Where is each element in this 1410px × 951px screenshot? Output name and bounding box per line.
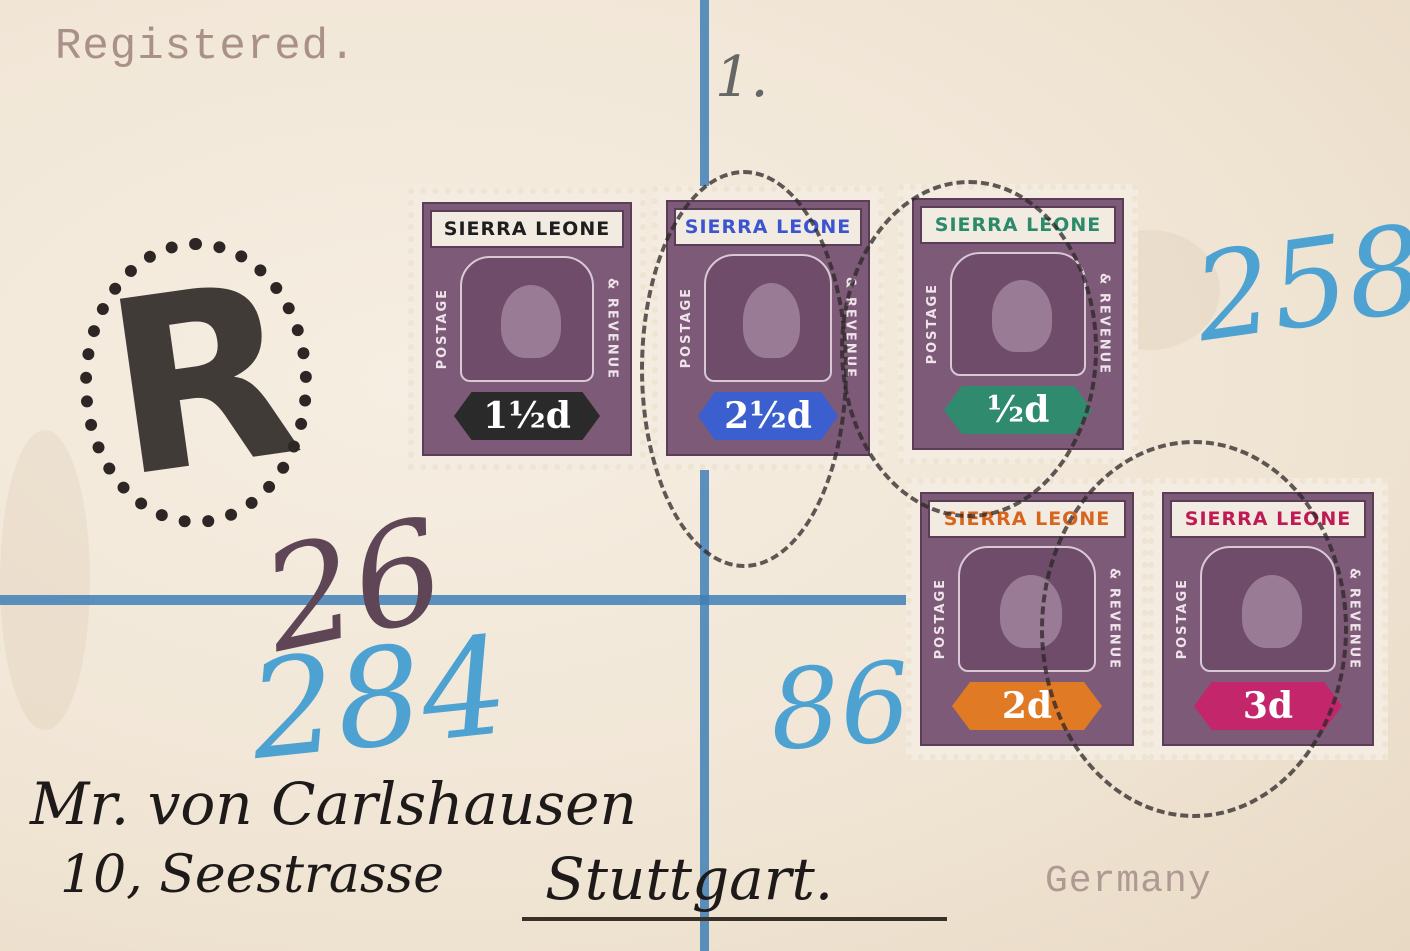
registration-letter: R (91, 229, 313, 532)
postmark (840, 180, 1098, 518)
pencil-mark-top: 1. (715, 45, 768, 110)
address-street: 10, Seestrasse (60, 845, 444, 905)
stamp-postage-label: POSTAGE (430, 264, 454, 394)
registered-handstamp: Registered. (55, 22, 356, 72)
pencil-number-right: 258 (1186, 200, 1410, 370)
stamp-value: 1½d (454, 392, 600, 440)
stamp-frame: SIERRA LEONEPOSTAGE& REVENUE1½d (422, 202, 632, 456)
address-recipient: Mr. von Carlshausen (30, 770, 637, 838)
king-portrait (460, 256, 594, 382)
city-underline (522, 917, 947, 921)
registration-blue-line-horizontal (0, 595, 915, 605)
envelope-cover: Registered. Germany R 1. 258 26 284 862 … (0, 0, 1410, 951)
postmark (1040, 440, 1348, 818)
postmark (640, 170, 848, 568)
paper-stain (0, 430, 90, 730)
stamp-revenue-label: & REVENUE (600, 264, 624, 394)
stamp-postage-label: POSTAGE (928, 554, 952, 684)
germany-handstamp: Germany (1045, 860, 1212, 903)
stamp-country: SIERRA LEONE (430, 210, 624, 248)
pencil-number-left: 284 (243, 607, 516, 790)
stamp: SIERRA LEONEPOSTAGE& REVENUE1½d (408, 188, 646, 470)
address-city: Stuttgart. (545, 845, 833, 913)
